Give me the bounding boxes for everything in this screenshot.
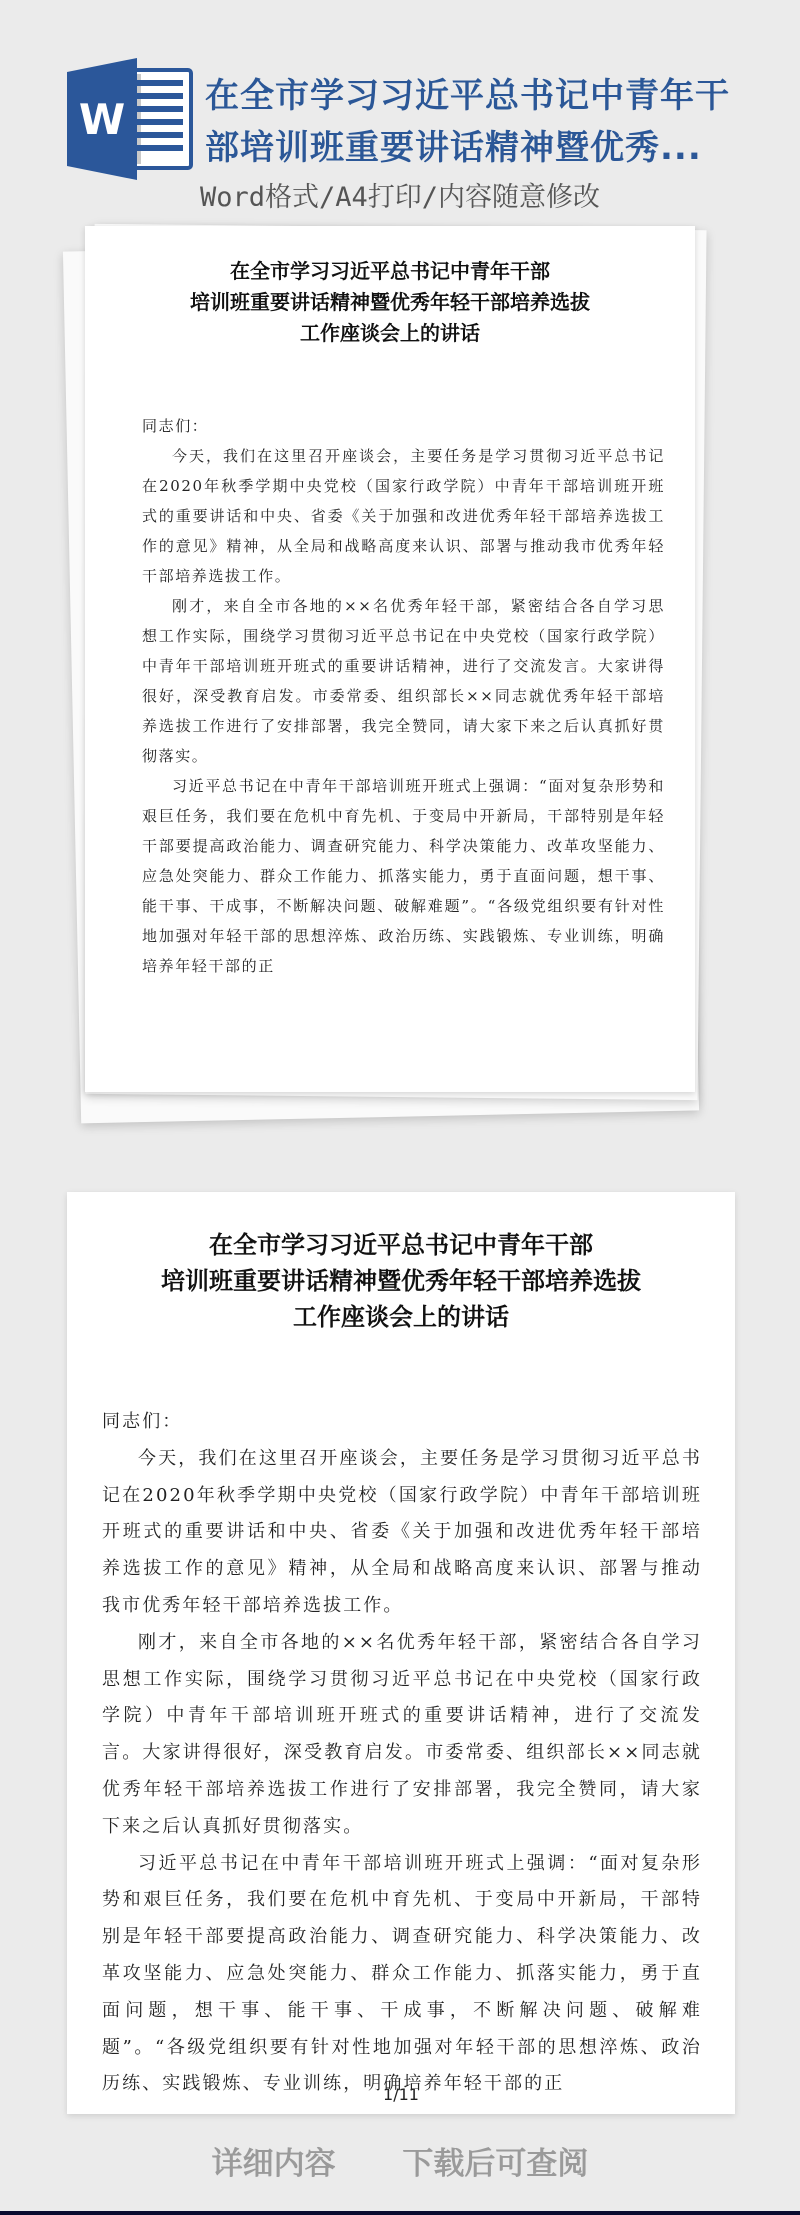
page-number: 1/11: [67, 2085, 735, 2104]
page-title: 在全市学习习近平总书记中青年干部 培训班重要讲话精神暨优秀年轻干部培养选拔 工作…: [67, 1227, 735, 1335]
paragraph: 刚才，来自全市各地的××名优秀年轻干部，紧密结合各自学习思想工作实际，围绕学习贯…: [142, 591, 665, 771]
salutation: 同志们：: [142, 411, 665, 441]
format-subtitle: Word格式/A4打印/内容随意修改: [0, 175, 800, 214]
document-title-line-2: 部培训班重要讲话精神暨优秀...: [205, 122, 765, 174]
document-title-line-1: 在全市学习习近平总书记中青年干: [205, 70, 765, 122]
document-preview-stack: 在全市学习习近平总书记中青年干部 培训班重要讲话精神暨优秀年轻干部培养选拔 工作…: [0, 215, 800, 1115]
page-body: 同志们： 今天，我们在这里召开座谈会，主要任务是学习贯彻习近平总书记在2020年…: [102, 1404, 702, 2103]
svg-text:W: W: [79, 95, 125, 144]
document-title: 在全市学习习近平总书记中青年干 部培训班重要讲话精神暨优秀...: [205, 70, 765, 174]
paragraph: 今天，我们在这里召开座谈会，主要任务是学习贯彻习近平总书记在2020年秋季学期中…: [102, 1441, 702, 1625]
word-document-icon: W: [65, 58, 195, 180]
bottom-bar: [0, 2211, 800, 2215]
paragraph: 今天，我们在这里召开座谈会，主要任务是学习贯彻习近平总书记在2020年秋季学期中…: [142, 441, 665, 591]
paragraph: 习近平总书记在中青年干部培训班开班式上强调：“面对复杂形势和艰巨任务，我们要在危…: [142, 771, 665, 981]
download-notice: 详细内容 下载后可查阅: [0, 2138, 800, 2183]
document-page-preview: 在全市学习习近平总书记中青年干部 培训班重要讲话精神暨优秀年轻干部培养选拔 工作…: [85, 226, 695, 1092]
header: W 在全市学习习近平总书记中青年干 部培训班重要讲话精神暨优秀... Word格…: [0, 0, 800, 215]
page-title: 在全市学习习近平总书记中青年干部 培训班重要讲话精神暨优秀年轻干部培养选拔 工作…: [85, 256, 695, 349]
page-body: 同志们： 今天，我们在这里召开座谈会，主要任务是学习贯彻习近平总书记在2020年…: [142, 411, 665, 981]
salutation: 同志们：: [102, 1404, 702, 1441]
paragraph: 习近平总书记在中青年干部培训班开班式上强调：“面对复杂形势和艰巨任务，我们要在危…: [102, 1846, 702, 2104]
paragraph: 刚才，来自全市各地的××名优秀年轻干部，紧密结合各自学习思想工作实际，围绕学习贯…: [102, 1625, 702, 1846]
details-label: 详细内容: [212, 2146, 336, 2182]
document-page-full: 在全市学习习近平总书记中青年干部 培训班重要讲话精神暨优秀年轻干部培养选拔 工作…: [67, 1192, 735, 2114]
download-to-view-label: 下载后可查阅: [402, 2146, 588, 2182]
